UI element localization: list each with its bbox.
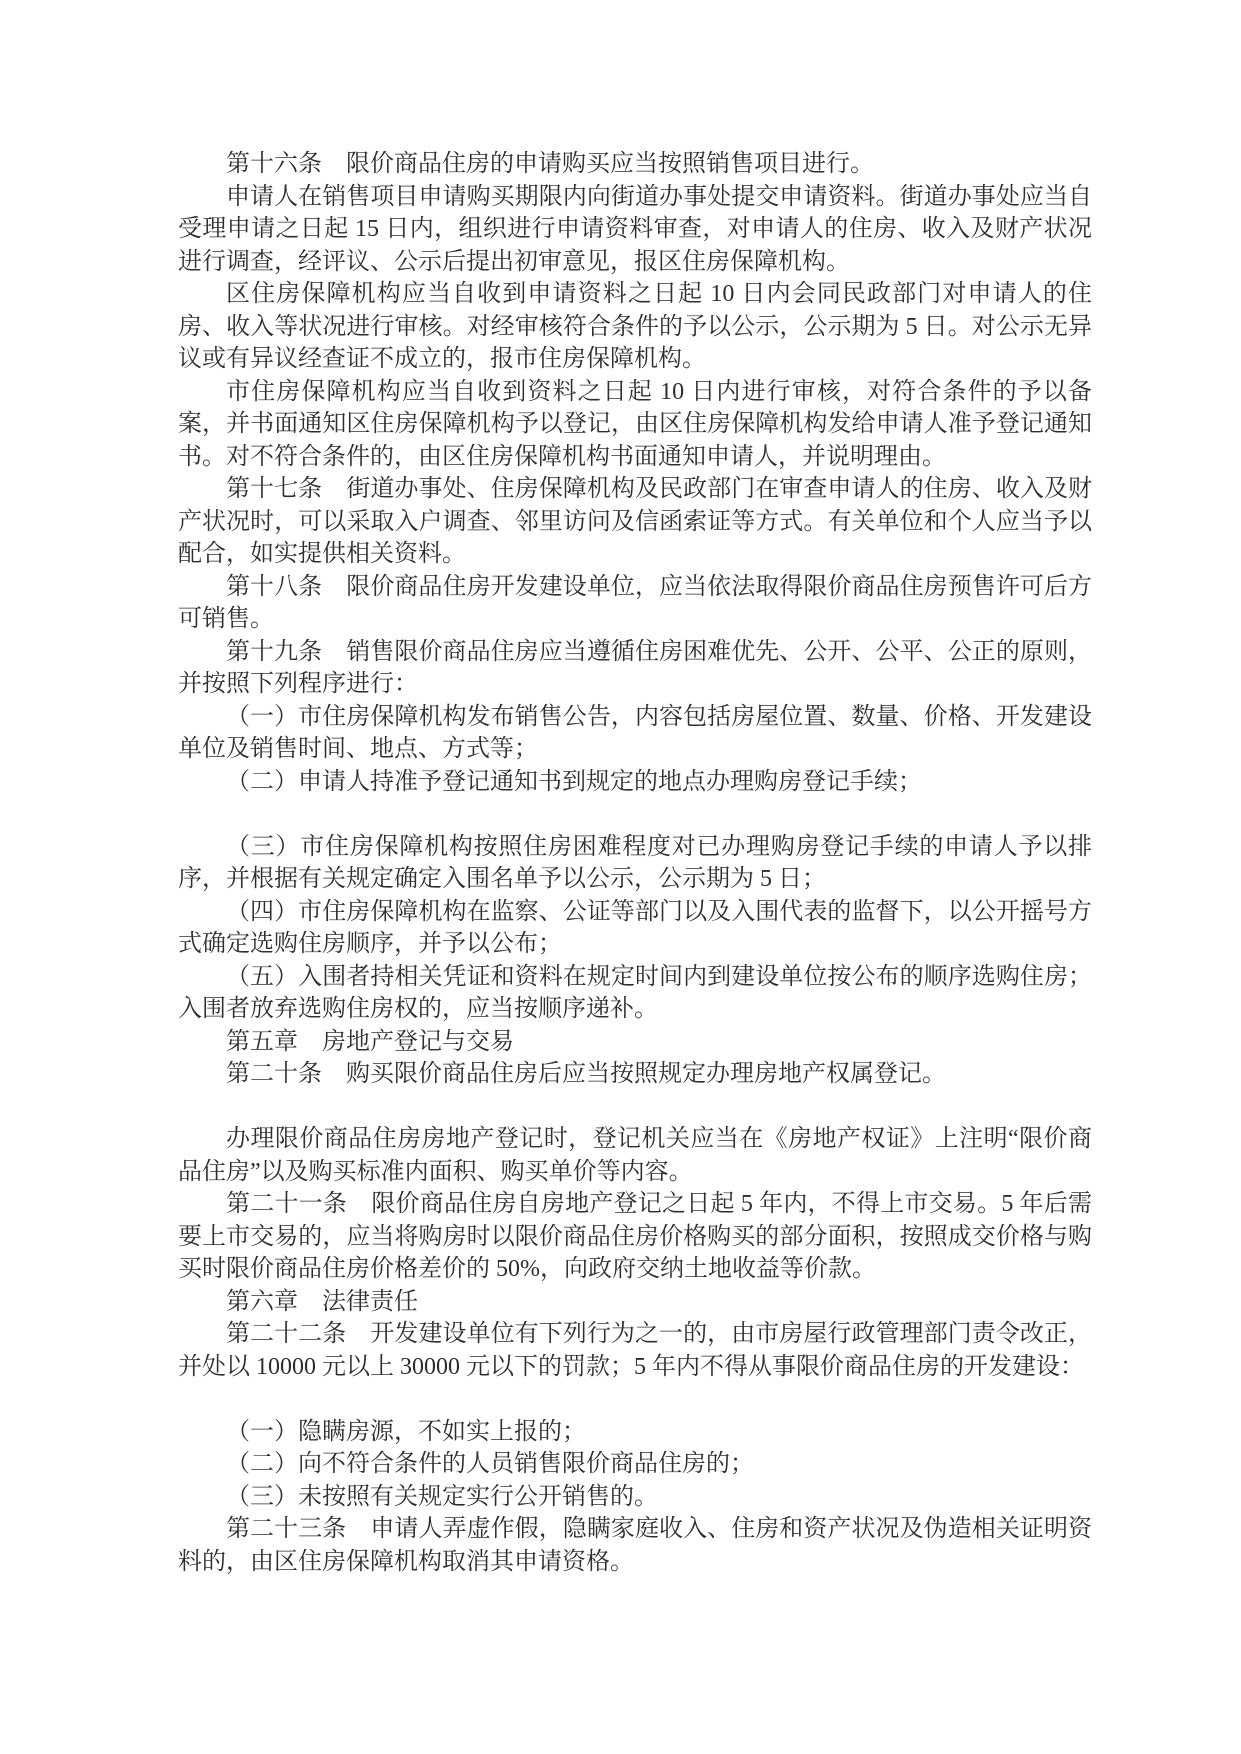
document-body: 第十六条 限价商品住房的申请购买应当按照销售项目进行。申请人在销售项目申请购买期… [178,148,1092,1578]
paragraph: （五）入围者持相关凭证和资料在规定时间内到建设单位按公布的顺序选购住房；入围者放… [178,961,1092,1026]
paragraph: 第十六条 限价商品住房的申请购买应当按照销售项目进行。 [178,148,1092,181]
paragraph: （三）市住房保障机构按照住房困难程度对已办理购房登记手续的申请人予以排序，并根据… [178,831,1092,896]
paragraph: （二）向不符合条件的人员销售限价商品住房的； [178,1448,1092,1481]
paragraph: 第十七条 街道办事处、住房保障机构及民政部门在审查申请人的住房、收入及财产状况时… [178,473,1092,571]
paragraph: 申请人在销售项目申请购买期限内向街道办事处提交申请资料。街道办事处应当自受理申请… [178,181,1092,279]
paragraph: （二）申请人持准予登记通知书到规定的地点办理购房登记手续； [178,766,1092,799]
paragraph: 第十九条 销售限价商品住房应当遵循住房困难优先、公开、公平、公正的原则，并按照下… [178,636,1092,701]
document-page: 第十六条 限价商品住房的申请购买应当按照销售项目进行。申请人在销售项目申请购买期… [0,0,1241,1754]
paragraph: （四）市住房保障机构在监察、公证等部门以及入围代表的监督下，以公开摇号方式确定选… [178,896,1092,961]
paragraph: 第十八条 限价商品住房开发建设单位，应当依法取得限价商品住房预售许可后方可销售。 [178,571,1092,636]
paragraph: 区住房保障机构应当自收到申请资料之日起 10 日内会同民政部门对申请人的住房、收… [178,278,1092,376]
paragraph: （一）隐瞒房源，不如实上报的； [178,1416,1092,1449]
paragraph: 办理限价商品住房房地产登记时，登记机关应当在《房地产权证》上注明“限价商品住房”… [178,1123,1092,1188]
paragraph: 第二十条 购买限价商品住房后应当按照规定办理房地产权属登记。 [178,1058,1092,1091]
paragraph: 第二十二条 开发建设单位有下列行为之一的，由市房屋行政管理部门责令改正，并处以 … [178,1318,1092,1383]
paragraph: 第五章 房地产登记与交易 [178,1026,1092,1059]
paragraph: （三）未按照有关规定实行公开销售的。 [178,1481,1092,1514]
paragraph: 第二十一条 限价商品住房自房地产登记之日起 5 年内，不得上市交易。5 年后需要… [178,1188,1092,1286]
paragraph: 第二十三条 申请人弄虚作假，隐瞒家庭收入、住房和资产状况及伪造相关证明资料的，由… [178,1513,1092,1578]
paragraph: （一）市住房保障机构发布销售公告，内容包括房屋位置、数量、价格、开发建设单位及销… [178,701,1092,766]
paragraph: 第六章 法律责任 [178,1286,1092,1319]
paragraph: 市住房保障机构应当自收到资料之日起 10 日内进行审核，对符合条件的予以备案，并… [178,376,1092,474]
